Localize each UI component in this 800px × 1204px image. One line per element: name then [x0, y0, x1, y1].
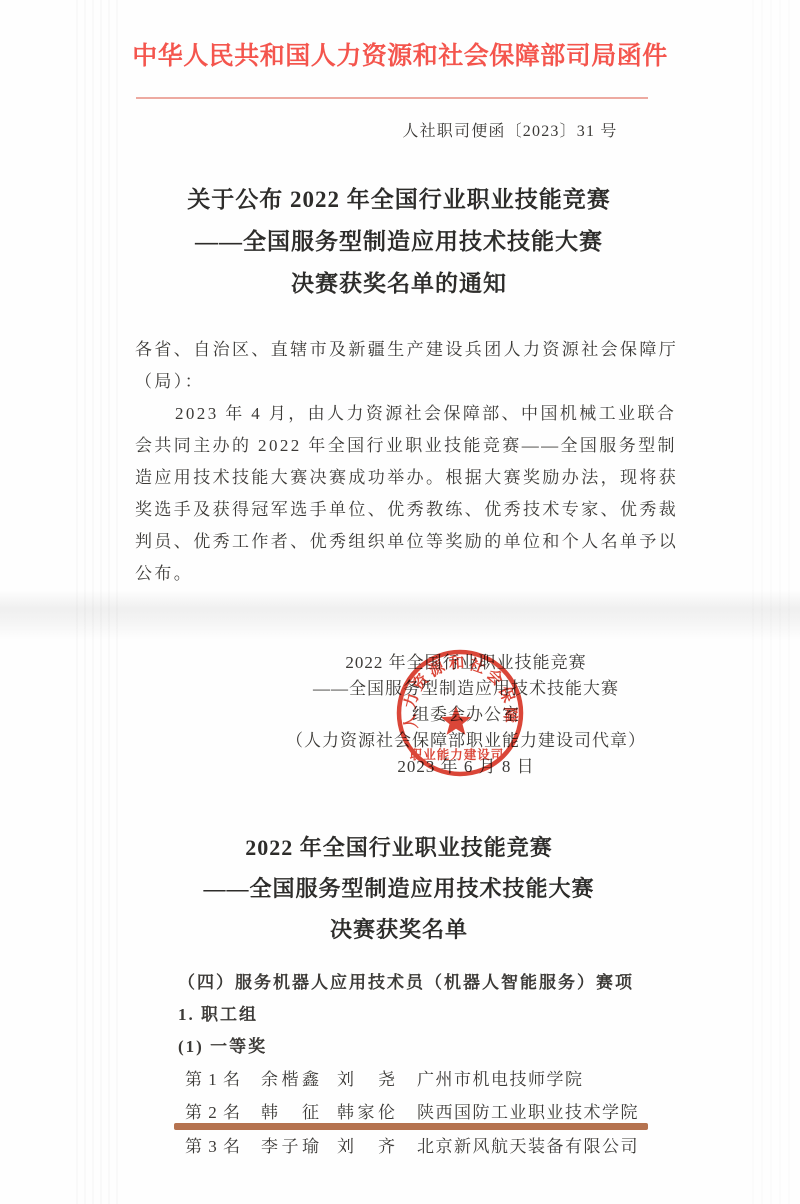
award-title-line-2: ——全国服务型制造应用技术技能大赛: [135, 868, 663, 909]
scan-edge-artifact-left: [76, 0, 120, 1204]
ministry-banner: 中华人民共和国人力资源和社会保障部司局函件: [0, 36, 800, 78]
notice-title-line-2: ——全国服务型制造应用技术技能大赛: [135, 221, 663, 263]
notice-title-line-3: 决赛获奖名单的通知: [135, 263, 663, 305]
organization-name: 北京新风航天装备有限公司: [417, 1130, 639, 1163]
competitor-name: 刘 尧: [337, 1063, 401, 1096]
body-line: 各省、自治区、直辖市及新疆生产建设兵团人力资源社会保障厅: [135, 334, 665, 366]
event-heading: （四）服务机器人应用技术员（机器人智能服务）赛项: [178, 966, 634, 999]
award-row: 第 3 名 李子瑜 刘 齐 北京新风航天装备有限公司: [185, 1130, 745, 1163]
stamp-department-text: 职业能力建设司: [410, 747, 505, 762]
body-line: 公布。: [135, 558, 665, 590]
award-row: 第 1 名 余楷鑫 刘 尧 广州市机电技师学院: [185, 1063, 745, 1096]
organization-name: 广州市机电技师学院: [417, 1063, 584, 1096]
award-list-title: 2022 年全国行业职业技能竞赛 ——全国服务型制造应用技术技能大赛 决赛获奖名…: [135, 827, 663, 950]
body-line: 判员、优秀工作者、优秀组织单位等奖励的单位和个人名单予以: [135, 526, 665, 558]
official-seal-stamp: 人力资源和社会保障部 职业能力建设司: [384, 637, 536, 789]
scan-edge-artifact-right: [752, 0, 792, 1204]
scan-seam-shadow: [0, 590, 800, 640]
banner-divider-line: [136, 97, 648, 99]
prize-heading: (1) 一等奖: [178, 1030, 267, 1063]
rank-label: 第 3 名: [185, 1130, 243, 1163]
competitor-name: 余楷鑫: [261, 1063, 325, 1096]
rank-label: 第 1 名: [185, 1063, 243, 1096]
award-title-line-1: 2022 年全国行业职业技能竞赛: [135, 827, 663, 868]
scanned-document-page: 中华人民共和国人力资源和社会保障部司局函件 人社职司便函〔2023〕31 号 关…: [0, 0, 800, 1204]
body-line: （局）：: [135, 366, 665, 398]
body-line: 会共同主办的 2022 年全国行业职业技能竞赛——全国服务型制: [135, 430, 665, 462]
competitor-name: 李子瑜: [261, 1130, 325, 1163]
competitor-name: 刘 齐: [337, 1130, 401, 1163]
notice-title-line-1: 关于公布 2022 年全国行业职业技能竞赛: [135, 179, 663, 221]
highlight-underline: [174, 1123, 648, 1130]
notice-body: 各省、自治区、直辖市及新疆生产建设兵团人力资源社会保障厅 （局）： 2023 年…: [135, 334, 665, 590]
notice-title: 关于公布 2022 年全国行业职业技能竞赛 ——全国服务型制造应用技术技能大赛 …: [135, 179, 663, 305]
body-line: 2023 年 4 月，由人力资源社会保障部、中国机械工业联合: [135, 398, 665, 430]
star-icon: [441, 706, 471, 735]
body-line: 造应用技术技能大赛决赛成功举办。根据大赛奖励办法，现将获: [135, 462, 665, 494]
body-line: 奖选手及获得冠军选手单位、优秀教练、优秀技术专家、优秀裁: [135, 494, 665, 526]
group-heading: 1. 职工组: [178, 998, 258, 1031]
award-title-line-3: 决赛获奖名单: [135, 909, 663, 950]
document-reference-number: 人社职司便函〔2023〕31 号: [360, 119, 660, 145]
